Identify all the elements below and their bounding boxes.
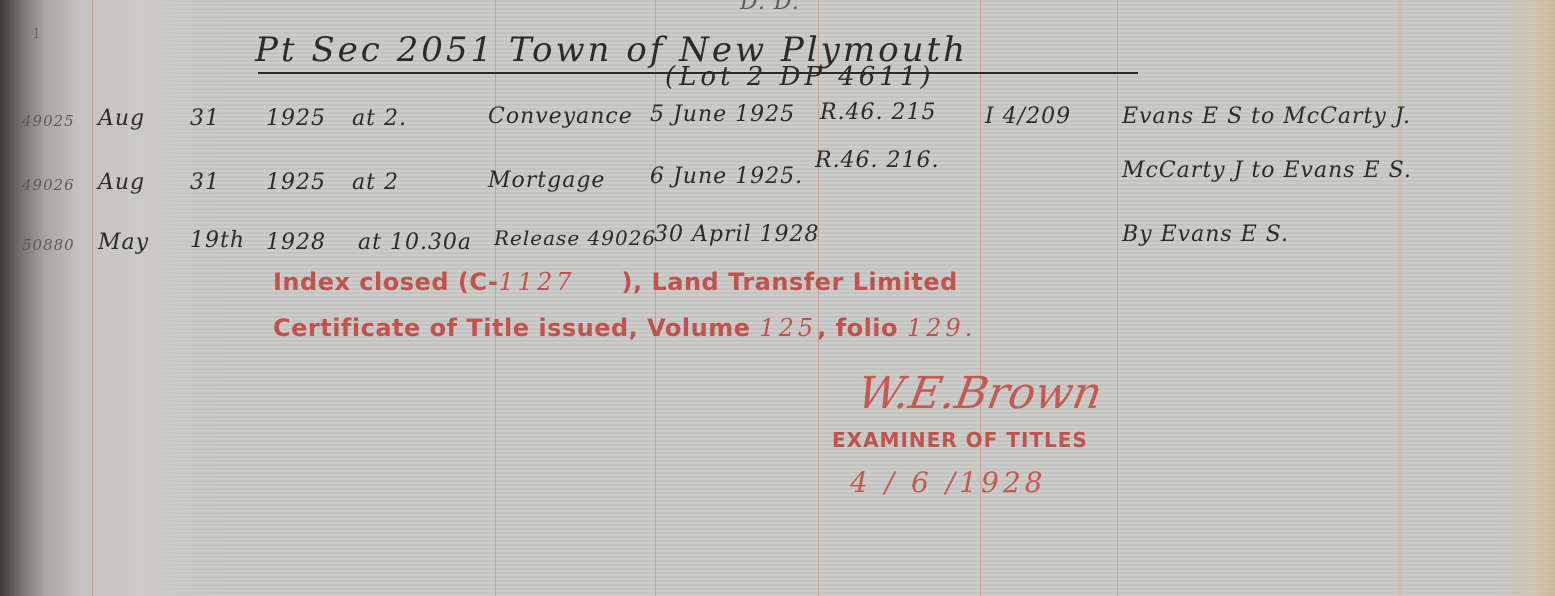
entry-instrument-date: 30 April 1928 [654,222,820,247]
entry-parties: Evans E S to McCarty J. [1122,104,1411,129]
column-rule [980,0,981,596]
entry-instrument-date: 5 June 1925 [650,102,795,127]
entry-number: 49025 [22,112,75,130]
entry-time: at 2 [352,170,399,195]
stamp-folio: 129 [907,314,965,342]
examiner-signature: W.E.Brown [854,368,1106,419]
entry-time: at 2. [352,106,407,131]
stamp-folio-label: , folio [817,314,898,342]
entry-number: 50880 [22,236,75,254]
column-rule [495,0,496,596]
entry-reference: R.46. 215 [820,100,937,125]
stamp-index-number: 1127 [498,268,575,296]
entry-month: May [98,230,149,255]
entry-year: 1925 [266,170,326,195]
entry-parties: McCarty J to Evans E S. [1122,158,1412,183]
entry-day: 31 [190,106,220,131]
entry-number: 49026 [22,176,75,194]
top-fragment: D. D. [740,0,800,15]
entry-month: Aug [98,170,145,195]
entry-reference: R.46. 216. [815,148,940,173]
margin-mark: 1 [32,26,41,42]
ledger-page: D. D. 1 Pt Sec 2051 Town of New Plymouth… [0,0,1555,596]
stamp-certificate-text: Certificate of Title issued, Volume [273,314,751,342]
stamp-line-2: Certificate of Title issued, Volume 125,… [273,314,976,342]
entry-instrument: Conveyance [488,104,633,129]
examiner-title: EXAMINER OF TITLES [832,428,1088,452]
page-subtitle: (Lot 2 DP 4611) [665,62,935,92]
entry-month: Aug [98,106,145,131]
column-rule [92,0,93,596]
entry-day: 31 [190,170,220,195]
column-rule [1117,0,1118,596]
paper-stain [1397,0,1403,596]
entry-parties: By Evans E S. [1122,222,1289,247]
entry-instrument: Mortgage [488,168,605,193]
examiner-date: 4 / 6 /1928 [850,466,1046,499]
entry-index-ref: I 4/209 [985,104,1071,129]
entry-time: at 10.30a [358,230,472,255]
entry-year: 1925 [266,106,326,131]
stamp-volume: 125 [759,314,817,342]
stamp-index-suffix: ), Land Transfer Limited [622,268,958,296]
entry-instrument: Release 49026 [494,226,656,250]
stamp-index-prefix: Index closed (C- [273,268,498,296]
entry-day: 19th [190,228,245,253]
column-rule [655,0,656,596]
stamp-line-1: Index closed (C-1127), Land Transfer Lim… [273,268,958,296]
entry-year: 1928 [266,230,326,255]
entry-instrument-date: 6 June 1925. [650,164,803,189]
